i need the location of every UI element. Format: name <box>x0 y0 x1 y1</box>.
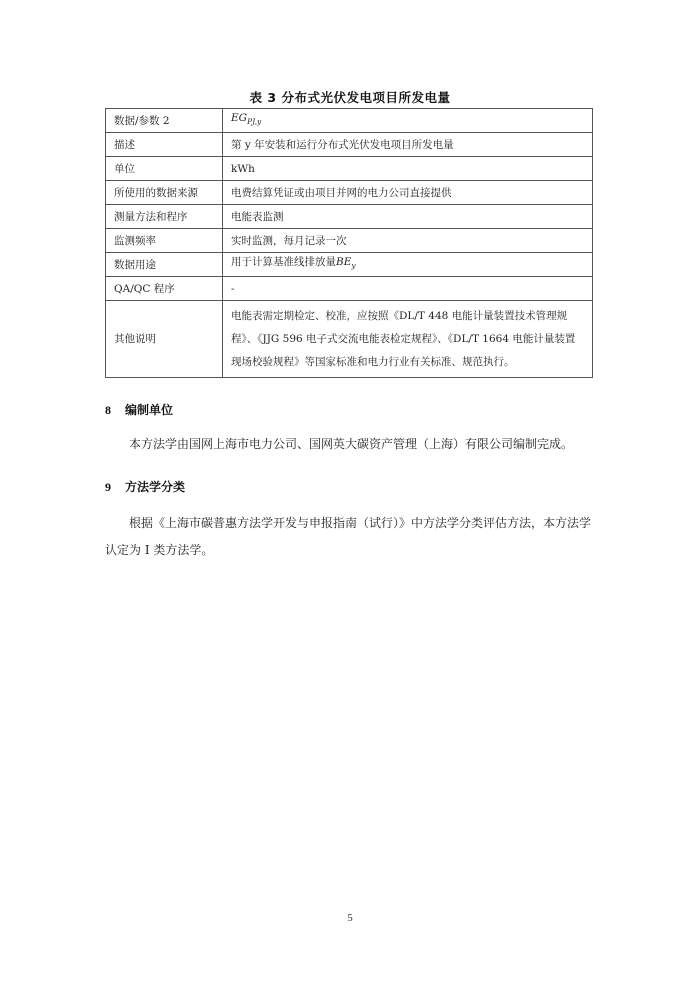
row-value: EGPJ,y <box>223 109 593 133</box>
row-key: QA/QC 程序 <box>106 277 223 301</box>
row-value: 第 y 年安装和运行分布式光伏发电项目所发电量 <box>223 133 593 157</box>
parameter-table: 数据/参数 2 EGPJ,y 描述 第 y 年安装和运行分布式光伏发电项目所发电… <box>105 108 593 378</box>
section-number: 8 <box>105 403 125 418</box>
table-row: 监测频率 实时监测，每月记录一次 <box>106 229 593 253</box>
table-caption: 表 3 分布式光伏发电项目所发电量 <box>0 88 700 106</box>
row-value: - <box>223 277 593 301</box>
row-key: 其他说明 <box>106 301 223 378</box>
row-key: 监测频率 <box>106 229 223 253</box>
section-number: 9 <box>105 480 125 495</box>
table-row: 其他说明 电能表需定期检定、校准，应按照《DL/T 448 电能计量装置技术管理… <box>106 301 593 378</box>
row-key: 描述 <box>106 133 223 157</box>
section-heading: 8编制单位 <box>105 401 173 418</box>
row-value: 电费结算凭证或由项目并网的电力公司直接提供 <box>223 181 593 205</box>
row-key: 数据用途 <box>106 253 223 277</box>
table-row: 测量方法和程序 电能表监测 <box>106 205 593 229</box>
table-row: 描述 第 y 年安装和运行分布式光伏发电项目所发电量 <box>106 133 593 157</box>
table-row: 数据用途 用于计算基准线排放量BEy <box>106 253 593 277</box>
page-number: 5 <box>0 912 700 924</box>
row-key: 所使用的数据来源 <box>106 181 223 205</box>
table-row: 数据/参数 2 EGPJ,y <box>106 109 593 133</box>
math-symbol: BEy <box>336 256 356 268</box>
row-value: kWh <box>223 157 593 181</box>
row-key: 单位 <box>106 157 223 181</box>
row-key: 测量方法和程序 <box>106 205 223 229</box>
row-value: 实时监测，每月记录一次 <box>223 229 593 253</box>
section-paragraph: 根据《上海市碳普惠方法学开发与申报指南（试行）》中方法学分类评估方法，本方法学认… <box>105 510 595 564</box>
math-symbol: EGPJ,y <box>231 112 261 124</box>
section-heading: 9方法学分类 <box>105 478 185 495</box>
section-title: 编制单位 <box>125 403 173 417</box>
table-row: QA/QC 程序 - <box>106 277 593 301</box>
row-value: 电能表需定期检定、校准，应按照《DL/T 448 电能计量装置技术管理规程》、《… <box>223 301 593 378</box>
table-row: 所使用的数据来源 电费结算凭证或由项目并网的电力公司直接提供 <box>106 181 593 205</box>
row-key: 数据/参数 2 <box>106 109 223 133</box>
section-title: 方法学分类 <box>125 480 185 494</box>
row-value: 用于计算基准线排放量BEy <box>223 253 593 277</box>
section-paragraph: 本方法学由国网上海市电力公司、国网英大碳资产管理（上海）有限公司编制完成。 <box>105 431 595 458</box>
table-row: 单位 kWh <box>106 157 593 181</box>
row-value: 电能表监测 <box>223 205 593 229</box>
